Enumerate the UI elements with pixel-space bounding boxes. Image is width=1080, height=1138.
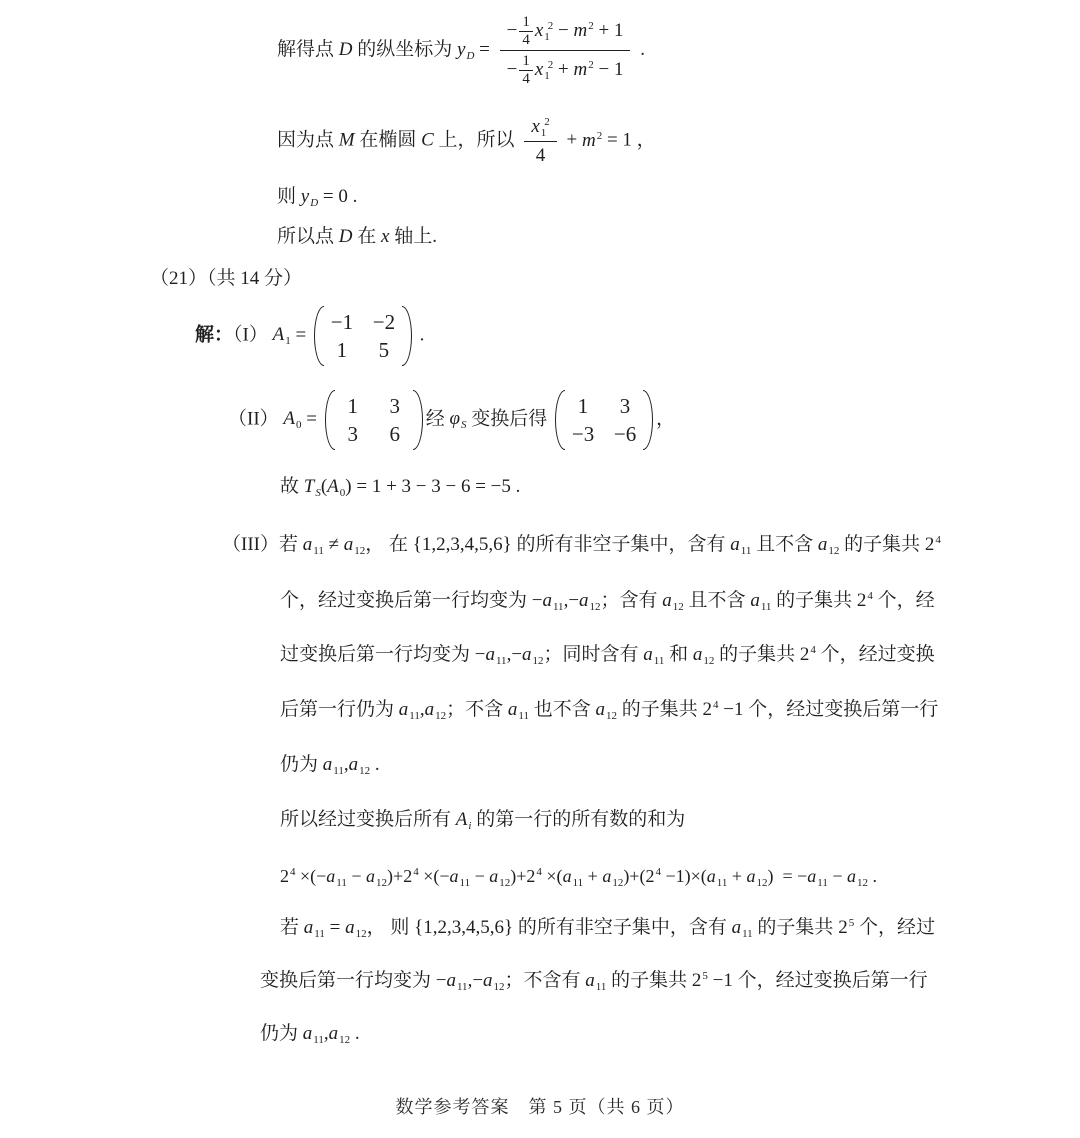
text-run: 的子集共 xyxy=(753,917,839,938)
fraction-numerator: 1 xyxy=(519,53,533,71)
text-run: − xyxy=(828,866,847,886)
math-subscript: 11 xyxy=(457,981,468,993)
math-subsup-term: x12 xyxy=(535,19,553,43)
math-base: a xyxy=(446,970,456,991)
text-run: ， 在 {1,2,3,4,5,6} 的所有非空子集中，含有 xyxy=(365,534,730,555)
text-run: ；同时含有 xyxy=(544,644,644,665)
math-sub-term: a11 xyxy=(399,699,420,720)
text-run: ≠ xyxy=(324,534,344,555)
math-base: x xyxy=(531,116,539,137)
matrix-grid: 13−3−6 xyxy=(565,390,643,450)
math-base: a xyxy=(707,866,716,886)
math-base: a xyxy=(542,590,552,611)
document-line: （II） A0 = 1336经 φS 变换后得 13−3−6， xyxy=(0,390,1080,450)
text-run: 故 xyxy=(280,476,304,497)
math-sup-term: 24 xyxy=(280,866,296,886)
text-run: ；不含 xyxy=(446,699,508,720)
math-sub-term: a11 xyxy=(750,590,771,611)
math-sup-term: 24 xyxy=(526,866,542,886)
math-sub-term: a12 xyxy=(818,534,840,555)
math-sub-term: a12 xyxy=(602,866,623,886)
document-line: （21）（共 14 分） xyxy=(0,266,1080,292)
text-run: + xyxy=(727,866,746,886)
text-run: （III）若 xyxy=(222,534,303,555)
math-base: a xyxy=(662,590,672,611)
math-sub-term: a11 xyxy=(563,866,584,886)
text-run: − xyxy=(347,866,366,886)
math-subscript: 12 xyxy=(356,928,367,940)
math-base: a xyxy=(730,534,740,555)
math-subscript: 11 xyxy=(409,710,420,722)
document-line: 若 a11 = a12， 则 {1,2,3,4,5,6} 的所有非空子集中，含有… xyxy=(0,915,1080,941)
math-variable: D xyxy=(339,39,353,60)
math-base: m xyxy=(582,130,596,151)
text-run: . xyxy=(370,754,380,775)
text-run: . xyxy=(350,1023,360,1044)
document-line: 变换后第一行均变为 −a11,−a12；不含有 a11 的子集共 25 −1 个… xyxy=(0,968,1080,994)
math-sub-term: a12 xyxy=(329,1023,351,1044)
math-subscript: 12 xyxy=(757,877,768,889)
math-sub-term: a12 xyxy=(483,970,505,991)
fraction: x124 xyxy=(524,113,556,170)
math-sub-term: a11 xyxy=(304,917,325,938)
math-sub-term: a11 xyxy=(323,754,344,775)
math-sup-term: 24 xyxy=(800,644,816,665)
math-sub-term: a12 xyxy=(425,699,447,720)
math-subscript: 11 xyxy=(313,1034,324,1046)
math-sup-term: 25 xyxy=(692,970,708,991)
text-run: ；不含有 xyxy=(505,970,586,991)
math-base: A xyxy=(456,809,468,830)
math-sub-term: A0 xyxy=(283,408,301,429)
text-run: 所以经过变换后所有 xyxy=(280,809,456,830)
math-subscript: 12 xyxy=(703,655,714,667)
math-sub-term: a11 xyxy=(326,866,347,886)
text-run: −1)×( xyxy=(661,866,707,886)
math-base: m xyxy=(574,20,588,41)
math-base: a xyxy=(329,1023,339,1044)
text-run: 个，经过变换后第一行均变为 − xyxy=(280,590,542,611)
math-sub-term: a12 xyxy=(344,534,366,555)
math-subsup-term: x12 xyxy=(531,115,549,139)
text-run: 4 xyxy=(536,144,546,168)
matrix-grid: 1336 xyxy=(335,390,413,450)
text-run: 所以点 xyxy=(277,226,339,247)
matrix-paren-right xyxy=(643,390,653,450)
math-subscript: D xyxy=(310,197,318,209)
math-base: a xyxy=(349,754,359,775)
math-subscript: 11 xyxy=(496,655,507,667)
text-run: 若 xyxy=(280,917,304,938)
math-sub-term: a11 xyxy=(707,866,728,886)
text-run: = xyxy=(325,917,345,938)
math-base: a xyxy=(344,534,354,555)
math-sub-term: a12 xyxy=(847,866,868,886)
text-run: 个，经 xyxy=(873,590,935,611)
math-subscript: 11 xyxy=(460,877,471,889)
math-base: a xyxy=(595,699,605,720)
fraction: 14 xyxy=(519,14,533,48)
math-subscript: 12 xyxy=(533,655,544,667)
math-base: a xyxy=(323,754,333,775)
math-subscript: 11 xyxy=(654,655,665,667)
text-run: ) = 1 + 3 − 3 − 6 = −5 . xyxy=(345,476,520,497)
math-sup-term: m2 xyxy=(574,58,594,82)
math-subsup-term: x12 xyxy=(535,58,553,82)
text-run: ×( xyxy=(542,866,563,886)
math-base: a xyxy=(585,970,595,991)
math-sup-term: 25 xyxy=(838,917,854,938)
text-run: 变换后得 xyxy=(467,408,553,429)
math-sub-term: a12 xyxy=(522,644,544,665)
math-base: a xyxy=(450,866,459,886)
text-run: − xyxy=(507,19,518,43)
math-base: A xyxy=(327,476,339,497)
fraction-denominator: 4 xyxy=(519,71,533,88)
text-run: 过变换后第一行均变为 − xyxy=(280,644,485,665)
math-sub-term: A0 xyxy=(327,476,345,497)
text-run: （21）（共 14 分） xyxy=(150,268,302,289)
math-sub-term: a12 xyxy=(349,754,371,775)
math-subscript: 11 xyxy=(817,877,828,889)
math-sub-term: a12 xyxy=(747,866,768,886)
text-run: 的子集共 xyxy=(714,644,800,665)
math-sup-term: m2 xyxy=(574,19,594,43)
math-subscript: 11 xyxy=(742,928,753,940)
math-subscript: 1 xyxy=(544,31,550,43)
math-subscript: 11 xyxy=(596,981,607,993)
document-line: 则 yD = 0 . xyxy=(0,184,1080,210)
document-line: 个，经过变换后第一行均变为 −a11,−a12；含有 a12 且不含 a11 的… xyxy=(0,588,1080,614)
math-base: 2 xyxy=(692,970,702,991)
math-sub-term: a11 xyxy=(730,534,751,555)
math-sup-term: 24 xyxy=(703,699,719,720)
footer-text: 数学参考答案 第 5 页（共 6 页） xyxy=(396,1097,685,1117)
text-run: ；含有 xyxy=(601,590,663,611)
text-run: = 1 ， xyxy=(602,130,655,151)
matrix-cell: −1 xyxy=(329,309,355,335)
text-run: 仍为 xyxy=(280,754,323,775)
math-subscript: 12 xyxy=(606,710,617,722)
bold-label: 解： xyxy=(195,324,233,345)
math-base: x xyxy=(535,59,543,80)
matrix-cell: 1 xyxy=(329,337,355,363)
text-run: + xyxy=(553,58,573,82)
matrix: 13−3−6 xyxy=(555,390,653,450)
text-run: = xyxy=(302,408,322,429)
text-run: （II） xyxy=(228,408,283,429)
math-base: 2 xyxy=(645,866,654,886)
text-run: 仍为 xyxy=(260,1023,303,1044)
text-run: 经 xyxy=(426,408,450,429)
math-subscript: 11 xyxy=(717,877,728,889)
text-run: )+ xyxy=(387,866,403,886)
document-line: 解得点 D 的纵坐标为 yD = −14x12 − m2 + 1−14x12 +… xyxy=(0,12,1080,89)
text-run: 的子集共 xyxy=(839,534,925,555)
text-run: 1 xyxy=(522,14,530,31)
text-run: ×(− xyxy=(296,866,327,886)
text-run: = 0 . xyxy=(318,186,357,207)
math-subscript: 1 xyxy=(541,127,547,139)
math-base: a xyxy=(643,644,653,665)
text-run: 且不含 xyxy=(751,534,818,555)
math-sub-term: φS xyxy=(450,408,467,429)
math-base: 2 xyxy=(838,917,848,938)
math-base: a xyxy=(326,866,335,886)
math-base: a xyxy=(693,644,703,665)
math-superscript: 2 xyxy=(544,116,550,128)
matrix-paren-right xyxy=(402,306,412,366)
text-run: + xyxy=(562,130,582,151)
text-run: 的子集共 xyxy=(606,970,692,991)
text-run: . xyxy=(868,866,877,886)
text-run: 则 xyxy=(277,186,301,207)
text-run: ， xyxy=(656,408,675,429)
math-sub-term: a12 xyxy=(693,644,715,665)
fraction-denominator: 4 xyxy=(524,142,556,170)
matrix-cell: −3 xyxy=(570,421,596,447)
math-superscript: 4 xyxy=(935,534,941,546)
math-subscript: 12 xyxy=(612,877,623,889)
document-line: 故 TS(A0) = 1 + 3 − 3 − 6 = −5 . xyxy=(0,474,1080,500)
math-base: a xyxy=(485,644,495,665)
text-run: 变换后第一行均变为 − xyxy=(260,970,446,991)
math-subscript: 11 xyxy=(314,928,325,940)
text-run: 也不含 xyxy=(529,699,596,720)
math-sub-term: a12 xyxy=(579,590,601,611)
math-subscript: 12 xyxy=(339,1034,350,1046)
text-run: 上，所以 xyxy=(434,130,520,151)
math-subscript: 12 xyxy=(376,877,387,889)
document-line: 24 ×(−a11 − a12)+24 ×(−a11 − a12)+24 ×(a… xyxy=(0,863,1080,889)
math-base: 2 xyxy=(800,644,810,665)
math-sub-term: Ai xyxy=(456,809,472,830)
math-sub-term: a12 xyxy=(489,866,510,886)
math-variable: C xyxy=(421,130,434,151)
math-sub-term: a11 xyxy=(450,866,471,886)
matrix: 1336 xyxy=(325,390,423,450)
document-line: 仍为 a11,a12 . xyxy=(0,752,1080,778)
math-sub-term: a11 xyxy=(585,970,606,991)
math-subscript: 11 xyxy=(333,765,344,777)
math-sub-term: a11 xyxy=(485,644,506,665)
text-run: 的第一行的所有数的和为 xyxy=(471,809,685,830)
text-run: 4 xyxy=(522,71,530,88)
text-run: ,− xyxy=(507,644,522,665)
text-run: 因为点 xyxy=(277,130,339,151)
text-run: . xyxy=(635,39,645,60)
matrix-grid: −1−215 xyxy=(324,306,402,366)
math-sub-term: a11 xyxy=(508,699,529,720)
text-run: ， 则 {1,2,3,4,5,6} 的所有非空子集中，含有 xyxy=(367,917,732,938)
math-base: 2 xyxy=(403,866,412,886)
math-base: a xyxy=(304,917,314,938)
math-subscript: 12 xyxy=(435,710,446,722)
matrix-cell: 3 xyxy=(340,421,366,447)
fraction-numerator: x12 xyxy=(524,113,556,142)
text-run: = xyxy=(291,324,311,345)
matrix-cell: 1 xyxy=(340,393,366,419)
text-run: )+( xyxy=(623,866,645,886)
math-sub-term: a12 xyxy=(662,590,684,611)
math-base: a xyxy=(345,917,355,938)
math-sub-term: a11 xyxy=(542,590,563,611)
math-base: a xyxy=(303,534,313,555)
math-sub-term: a11 xyxy=(446,970,467,991)
math-sub-term: yD xyxy=(301,186,318,207)
document-line: （III）若 a11 ≠ a12， 在 {1,2,3,4,5,6} 的所有非空子… xyxy=(0,532,1080,558)
math-base: a xyxy=(489,866,498,886)
text-run: 后第一行仍为 xyxy=(280,699,399,720)
text-run: −1 个，经过变换后第一行 xyxy=(708,970,928,991)
math-subscript: 11 xyxy=(518,710,529,722)
math-base: 2 xyxy=(526,866,535,886)
matrix-cell: −2 xyxy=(371,309,397,335)
text-run: − xyxy=(507,58,518,82)
matrix-paren-left xyxy=(314,306,324,366)
math-sup-term: 24 xyxy=(645,866,661,886)
math-base: 2 xyxy=(925,534,935,555)
text-run: 的子集共 xyxy=(617,699,703,720)
math-sub-term: a11 xyxy=(807,866,828,886)
page-footer: 数学参考答案 第 5 页（共 6 页） xyxy=(0,1093,1080,1119)
math-base: A xyxy=(273,324,285,345)
math-subscript: 12 xyxy=(494,981,505,993)
answer-content: 解得点 D 的纵坐标为 yD = −14x12 − m2 + 1−14x12 +… xyxy=(0,12,1080,1047)
document-line: 因为点 M 在椭圆 C 上，所以 x124 + m2 = 1 ， xyxy=(0,113,1080,170)
fraction-denominator: 4 xyxy=(519,32,533,49)
math-base: a xyxy=(579,590,589,611)
text-run: 且不含 xyxy=(684,590,751,611)
text-run: 个，经过 xyxy=(854,917,935,938)
text-run: ,− xyxy=(564,590,579,611)
math-base: A xyxy=(283,408,295,429)
math-base: a xyxy=(847,866,856,886)
fraction-numerator: 1 xyxy=(519,14,533,32)
matrix-cell: 1 xyxy=(570,393,596,419)
math-base: a xyxy=(602,866,611,886)
math-base: a xyxy=(747,866,756,886)
text-run: ×(− xyxy=(419,866,450,886)
text-run: 在 xyxy=(353,226,382,247)
math-subscript: 1 xyxy=(544,70,550,82)
math-subscript: 12 xyxy=(354,545,365,557)
math-base: a xyxy=(425,699,435,720)
text-run: − 1 xyxy=(594,58,624,82)
text-run: + 1 xyxy=(594,19,624,43)
math-base: a xyxy=(399,699,409,720)
math-sub-term: TS xyxy=(304,476,321,497)
math-base: a xyxy=(522,644,532,665)
math-base: y xyxy=(457,39,465,60)
text-run: 轴上. xyxy=(389,226,437,247)
math-base: a xyxy=(483,970,493,991)
text-run: 的纵坐标为 xyxy=(353,39,458,60)
math-sub-term: a11 xyxy=(303,1023,324,1044)
math-variable: D xyxy=(339,226,353,247)
text-run: 和 xyxy=(664,644,693,665)
math-base: a xyxy=(303,1023,313,1044)
text-run: 个，经过变换 xyxy=(816,644,935,665)
matrix-paren-right xyxy=(413,390,423,450)
math-sup-term: 24 xyxy=(925,534,941,555)
math-subscript: 12 xyxy=(499,877,510,889)
text-run: − xyxy=(470,866,489,886)
text-run: )+ xyxy=(510,866,526,886)
math-sub-term: a12 xyxy=(595,699,617,720)
math-subscript: 11 xyxy=(313,545,324,557)
matrix-cell: 6 xyxy=(382,421,408,447)
math-sup-term: 24 xyxy=(857,590,873,611)
math-subscript: 12 xyxy=(673,601,684,613)
text-run: 解得点 xyxy=(277,39,339,60)
matrix-paren-left xyxy=(555,390,565,450)
math-base: a xyxy=(732,917,742,938)
text-run: . xyxy=(415,324,425,345)
matrix: −1−215 xyxy=(314,306,412,366)
math-subscript: 12 xyxy=(857,877,868,889)
math-subscript: 11 xyxy=(761,601,772,613)
document-line: 后第一行仍为 a11,a12；不含 a11 也不含 a12 的子集共 24 −1… xyxy=(0,697,1080,723)
math-variable: M xyxy=(339,130,355,151)
document-line: 所以点 D 在 x 轴上. xyxy=(0,224,1080,250)
fraction-numerator: −14x12 − m2 + 1 xyxy=(500,12,631,51)
math-base: a xyxy=(818,534,828,555)
math-subscript: 11 xyxy=(741,545,752,557)
math-base: 2 xyxy=(703,699,713,720)
text-run: −1 个，经过变换后第一行 xyxy=(719,699,939,720)
text-run: 1 xyxy=(522,53,530,70)
math-sub-term: yD xyxy=(457,39,474,60)
math-subscript: 11 xyxy=(553,601,564,613)
fraction: 14 xyxy=(519,53,533,87)
text-run: 在椭圆 xyxy=(355,130,422,151)
math-subscript: 12 xyxy=(828,545,839,557)
text-run: − xyxy=(553,19,573,43)
math-base: a xyxy=(750,590,760,611)
math-sub-term: a12 xyxy=(345,917,367,938)
math-base: 2 xyxy=(857,590,867,611)
matrix-cell: −6 xyxy=(612,421,638,447)
math-base: a xyxy=(807,866,816,886)
math-base: a xyxy=(563,866,572,886)
text-run: ) = − xyxy=(768,866,808,886)
math-sub-term: a11 xyxy=(303,534,324,555)
text-run: = xyxy=(474,39,494,60)
matrix-cell: 5 xyxy=(371,337,397,363)
document-page: 解得点 D 的纵坐标为 yD = −14x12 − m2 + 1−14x12 +… xyxy=(0,0,1080,1138)
text-run: （I） xyxy=(233,324,273,345)
fraction: −14x12 − m2 + 1−14x12 + m2 − 1 xyxy=(500,12,631,89)
matrix-cell: 3 xyxy=(382,393,408,419)
math-subscript: 11 xyxy=(336,877,347,889)
text-run: 4 xyxy=(522,32,530,49)
text-run: ,− xyxy=(468,970,483,991)
matrix-paren-left xyxy=(325,390,335,450)
math-base: 2 xyxy=(280,866,289,886)
math-subscript: 12 xyxy=(359,765,370,777)
document-line: 仍为 a11,a12 . xyxy=(0,1021,1080,1047)
text-run: 的子集共 xyxy=(771,590,857,611)
math-subscript: 11 xyxy=(573,877,584,889)
math-subscript: 12 xyxy=(590,601,601,613)
math-base: a xyxy=(366,866,375,886)
math-sub-term: a11 xyxy=(643,644,664,665)
matrix-cell: 3 xyxy=(612,393,638,419)
math-base: x xyxy=(535,20,543,41)
math-base: y xyxy=(301,186,309,207)
math-sub-term: a11 xyxy=(732,917,753,938)
